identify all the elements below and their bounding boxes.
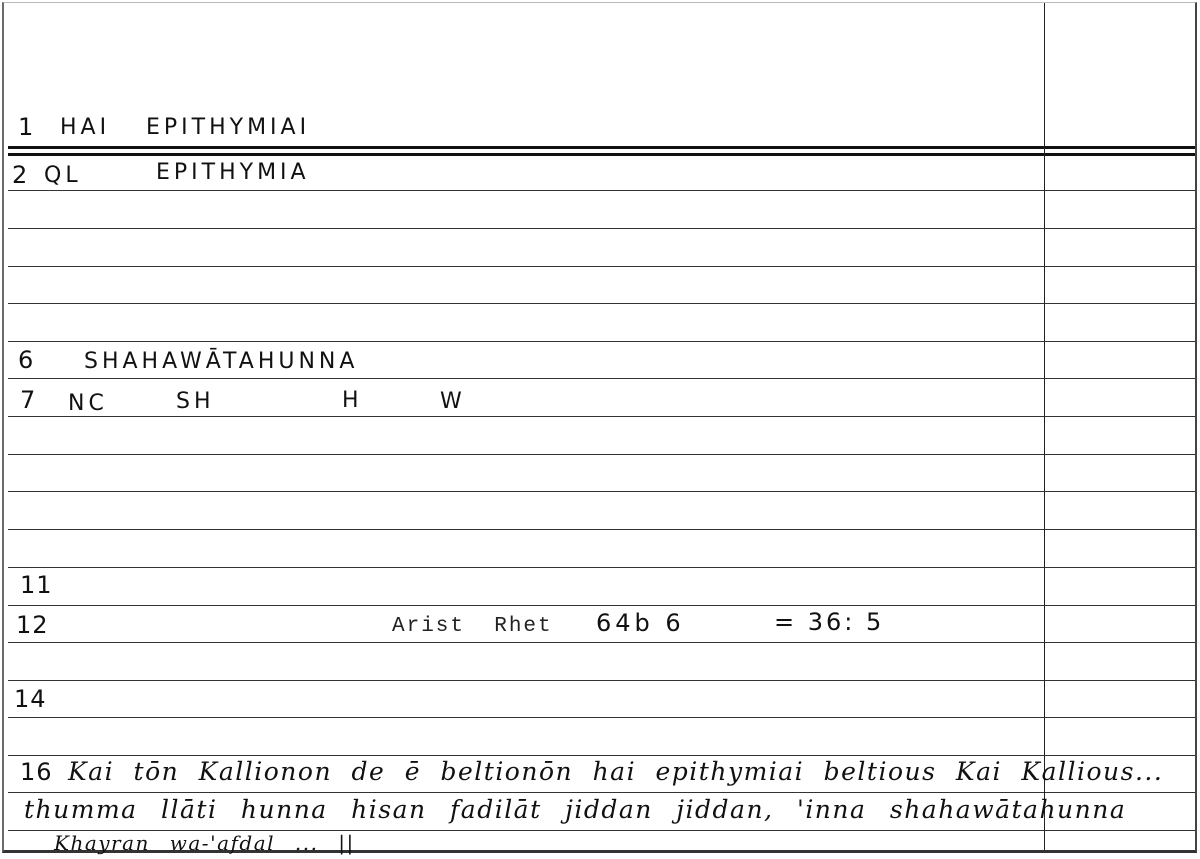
rule <box>8 567 1195 568</box>
rule <box>8 303 1195 304</box>
rule <box>8 642 1195 643</box>
rule <box>8 717 1195 718</box>
entry-token: NC <box>68 391 108 416</box>
line-number: 2 <box>12 161 28 189</box>
rule <box>8 491 1195 492</box>
entry-headword: SHAHAWĀTAHUNNA <box>84 349 358 374</box>
line-number: 7 <box>20 386 36 414</box>
quotation-greek: Kai tōn Kallionon de ē beltionōn hai epi… <box>68 757 1163 786</box>
right-margin-rule <box>1044 3 1045 850</box>
reference-equivalent: = 36: 5 <box>774 608 884 636</box>
rule-double-top <box>8 146 1195 149</box>
rule <box>8 378 1195 379</box>
rule <box>8 416 1195 417</box>
rule <box>8 605 1195 606</box>
line-number: 6 <box>18 346 34 374</box>
line-number: 14 <box>14 685 47 713</box>
rule <box>8 228 1195 229</box>
quotation-arabic-end: Khayran wa-'afdal ... || <box>54 831 355 855</box>
entry-token: W <box>440 389 466 414</box>
entry-token: H <box>342 388 363 413</box>
reference-locus: 64b 6 <box>596 609 685 637</box>
entry-headword: EPITHYMIA <box>156 160 310 185</box>
quotation-arabic: thumma llāti hunna hisan fadilāt jiddan … <box>24 795 1126 824</box>
rule <box>8 680 1195 681</box>
rule <box>8 529 1195 530</box>
entry-token: QL <box>44 163 82 188</box>
rule <box>8 341 1195 342</box>
reference-source: Arist Rhet <box>392 615 553 638</box>
entry-headword: EPITHYMIAI <box>146 115 310 140</box>
rule <box>8 454 1195 455</box>
line-number: 12 <box>16 611 49 639</box>
rule-double-bottom <box>8 153 1195 156</box>
line-number: 11 <box>20 571 53 599</box>
index-card: 1 HAI EPITHYMIAI 2 QL EPITHYMIA 6 SHAHAW… <box>2 2 1197 853</box>
rule <box>8 266 1195 267</box>
line-number: 16 <box>20 758 53 786</box>
entry-token: HAI <box>60 115 110 140</box>
entry-token: SH <box>176 389 215 414</box>
rule <box>8 190 1195 191</box>
line-number: 1 <box>18 113 34 141</box>
rule <box>8 755 1195 756</box>
rule <box>8 792 1195 793</box>
